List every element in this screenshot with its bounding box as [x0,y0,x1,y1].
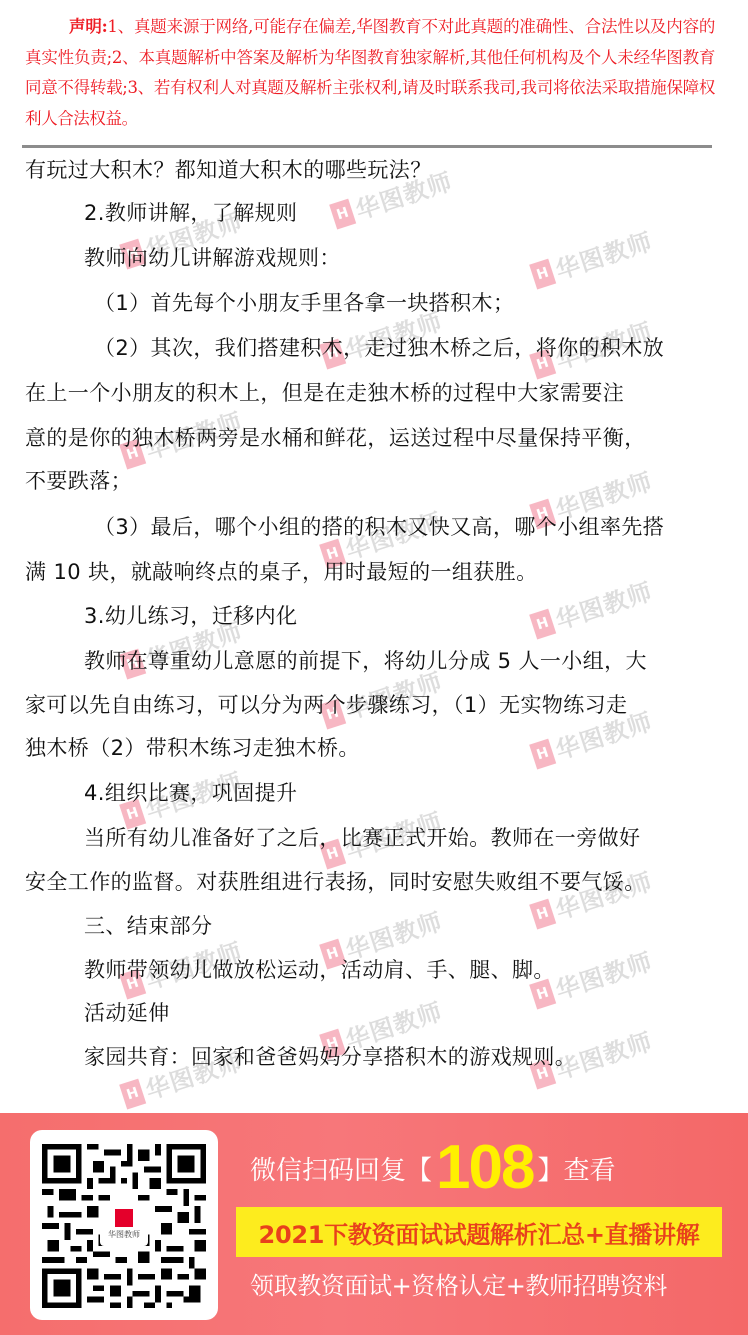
content-line: 在上一个小朋友的积木上，但是在走独木桥的过程中大家需要注 [25,373,624,413]
disclaimer-text: 1、真题来源于网络,可能存在偏差,华图教育不对此真题的准确性、合法性以及内容的真… [25,17,715,128]
watermark-logo-icon: H [529,608,556,639]
watermark: H华图教师 [528,222,657,294]
content-line: 家园共育：回家和爸爸妈妈分享搭积木的游戏规则。 [84,1037,576,1077]
content-line: 家可以先自由练习，可以分为两个步骤练习，（1）无实物练习走 [25,685,627,725]
content-line: 有玩过大积木？都知道大积木的哪些玩法？ [25,150,432,190]
content-line: 教师带领幼儿做放松运动，活动肩、手、腿、脚。 [84,950,555,990]
content-line: 教师在尊重幼儿意愿的前提下，将幼儿分成 5 人一小组，大 [84,641,647,681]
watermark-text: 华图教师 [550,222,656,286]
watermark-logo-icon: H [119,1078,146,1109]
header-divider [22,145,712,148]
promo-subline: 领取教资面试+资格认定+教师招聘资料 [250,1266,667,1301]
watermark-logo-icon: H [329,198,356,229]
content-line: 不要跌落； [25,461,132,501]
watermark-logo-icon: H [529,258,556,289]
highlight-bar: 2021下教资面试试题解析汇总+直播讲解 [236,1207,722,1257]
content-line: 满 10 块，就敲响终点的桌子，用时最短的一组获胜。 [25,552,537,592]
qr-code-card[interactable]: 华图教师 [30,1130,218,1320]
reply-code: 108 [436,1137,533,1199]
headline-suffix: 】查看 [537,1150,615,1187]
content-line: 意的是你的独木桥两旁是水桶和鲜花，运送过程中尽量保持平衡， [25,418,646,458]
content-line: 4.组织比赛，巩固提升 [84,773,297,813]
watermark-text: 华图教师 [550,942,656,1006]
watermark-logo-icon: H [529,898,556,929]
content-line: 安全工作的监督。对获胜组进行表扬，同时安慰失败组不要气馁。 [25,862,646,902]
watermark: H华图教师 [528,572,657,644]
disclaimer-lead: 声明: [69,17,107,36]
content-line: （2）其次，我们搭建积木，走过独木桥之后，将你的积木放 [94,328,664,368]
content-line: （1）首先每个小朋友手里各拿一块搭积木； [94,283,514,323]
content-line: 3.幼儿练习，迁移内化 [84,596,297,636]
copyright-disclaimer: 声明:1、真题来源于网络,可能存在偏差,华图教育不对此真题的准确性、合法性以及内… [25,12,715,134]
content-line: 独木桥（2）带积木练习走独木桥。 [25,728,360,768]
content-line: （3）最后，哪个小组的搭的积木又快又高，哪个小组率先搭 [94,507,664,547]
highlight-text: 2021下教资面试试题解析汇总+直播讲解 [259,1215,700,1250]
qr-logo-text: 华图教师 [108,1229,140,1240]
watermark-text: 华图教师 [550,572,656,636]
content-line: 活动延伸 [84,993,170,1033]
headline-prefix: 微信扫码回复【 [250,1150,432,1187]
content-line: 教师向幼儿讲解游戏规则： [84,238,341,278]
content-line: 三、结束部分 [84,906,212,946]
watermark-logo-icon: H [529,738,556,769]
promo-headline: 微信扫码回复【 108 】查看 [250,1137,615,1199]
content-line: 2.教师讲解，了解规则 [84,193,297,233]
promo-banner[interactable]: 华图教师 微信扫码回复【 108 】查看 2021下教资面试试题解析汇总+直播讲… [0,1113,748,1335]
content-line: 当所有幼儿准备好了之后，比赛正式开始。教师在一旁做好 [84,818,640,858]
qr-center-logo: 华图教师 [100,1202,148,1246]
brand-logo-icon [115,1209,133,1227]
